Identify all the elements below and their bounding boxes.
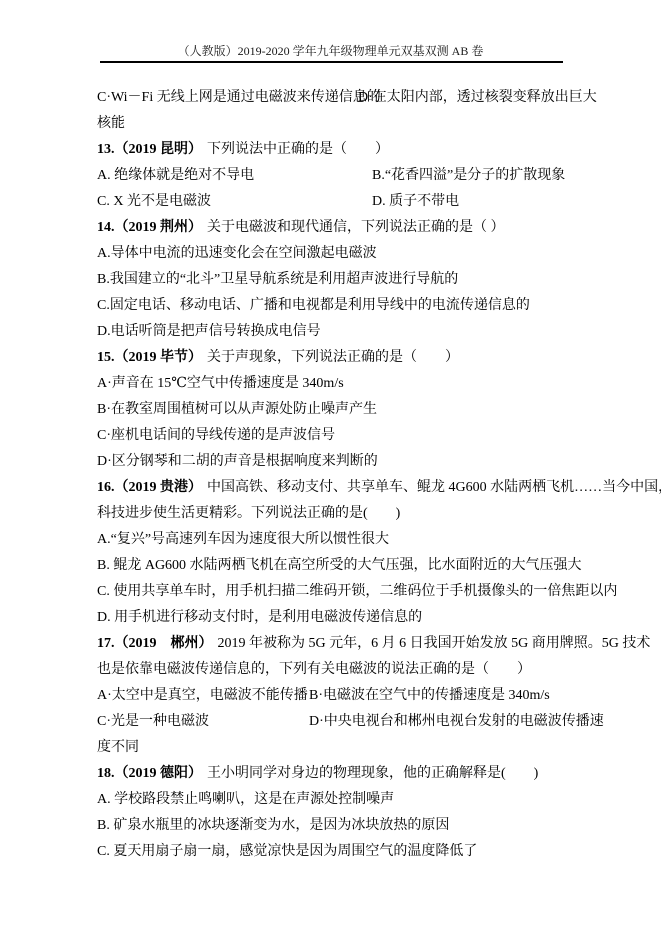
question-16-option-c-line: C. 使用共享单车时，用手机扫描二维码开锁，二维码位于手机摄像头的一倍焦距以内 bbox=[97, 579, 571, 605]
option-17-c: C·光是一种电磁波 bbox=[97, 714, 209, 729]
question-18-option-a-line: A. 学校路段禁止鸣喇叭，这是在声源处控制噪声 bbox=[97, 787, 571, 813]
carryover-option-d: D·在太阳内部，透过核裂变释放出巨大 bbox=[358, 85, 597, 111]
question-13-options-ab-line: A. 绝缘体就是绝对不导电B.“花香四溢”是分子的扩散现象 bbox=[97, 163, 571, 189]
exam-paper-page: （人教版）2019-2020 学年九年级物理单元双基双测 AB 卷 C·Wi－F… bbox=[0, 0, 661, 935]
question-15-stem-line: 15.（2019 毕节）关于声现象，下列说法正确的是（ ） bbox=[97, 345, 571, 371]
question-18-label: 18.（2019 德阳） bbox=[97, 766, 202, 781]
option-18-b: B. 矿泉水瓶里的冰块逐渐变为水，是因为冰块放热的原因 bbox=[97, 818, 449, 833]
question-17-stem-2: 也是依靠电磁波传递信息的，下列有关电磁波的说法正确的是（ ） bbox=[97, 662, 531, 677]
carryover-option-c: C·Wi－Fi 无线上网是通过电磁波来传递信息的 bbox=[97, 90, 381, 105]
question-15-option-d-line: D·区分钢琴和二胡的声音是根据响度来判断的 bbox=[97, 449, 571, 475]
exam-body: C·Wi－Fi 无线上网是通过电磁波来传递信息的D·在太阳内部，透过核裂变释放出… bbox=[97, 85, 571, 865]
option-14-b: B.我国建立的“北斗”卫星导航系统是利用超声波进行导航的 bbox=[97, 272, 458, 287]
question-13-stem: 下列说法中正确的是（ ） bbox=[207, 142, 389, 157]
question-16-stem-2: 科技进步使生活更精彩。下列说法正确的是( ) bbox=[97, 506, 400, 521]
option-17-b: B·电磁波在空气中的传播速度是 340m/s bbox=[309, 683, 550, 709]
question-16-option-b-line: B. 鲲龙 AG600 水陆两栖飞机在高空所受的大气压强，比水面附近的大气压强大 bbox=[97, 553, 571, 579]
question-16-label: 16.（2019 贵港） bbox=[97, 480, 202, 495]
question-15-option-b-line: B·在教室周围植树可以从声源处防止噪声产生 bbox=[97, 397, 571, 423]
question-14-option-a-line: A.导体中电流的迅速变化会在空间激起电磁波 bbox=[97, 241, 571, 267]
option-13-b: B.“花香四溢”是分子的扩散现象 bbox=[372, 163, 565, 189]
question-18-option-b-line: B. 矿泉水瓶里的冰块逐渐变为水，是因为冰块放热的原因 bbox=[97, 813, 571, 839]
option-13-c: C. X 光不是电磁波 bbox=[97, 194, 211, 209]
question-17-stem-1: 2019 年被称为 5G 元年，6 月 6 日我国开始发放 5G 商用牌照。5G… bbox=[218, 636, 651, 651]
carryover-option-d-cont-text: 核能 bbox=[97, 116, 125, 131]
option-14-a: A.导体中电流的迅速变化会在空间激起电磁波 bbox=[97, 246, 377, 261]
question-16-stem-line-1: 16.（2019 贵港）中国高铁、移动支付、共享单车、鲲龙 4G600 水陆两栖… bbox=[97, 475, 571, 501]
option-16-c: C. 使用共享单车时，用手机扫描二维码开锁，二维码位于手机摄像头的一倍焦距以内 bbox=[97, 584, 617, 599]
question-13-options-cd-line: C. X 光不是电磁波D. 质子不带电 bbox=[97, 189, 571, 215]
option-17-d-cont: 度不同 bbox=[97, 740, 139, 755]
question-16-stem-1: 中国高铁、移动支付、共享单车、鲲龙 4G600 水陆两栖飞机……当今中国， bbox=[207, 480, 661, 495]
question-14-option-d-line: D.电话听筒是把声信号转换成电信号 bbox=[97, 319, 571, 345]
option-15-a: A·声音在 15℃空气中传播速度是 340m/s bbox=[97, 376, 344, 391]
question-15-label: 15.（2019 毕节） bbox=[97, 350, 202, 365]
option-16-d: D. 用手机进行移动支付时，是利用电磁波传递信息的 bbox=[97, 610, 422, 625]
question-14-option-b-line: B.我国建立的“北斗”卫星导航系统是利用超声波进行导航的 bbox=[97, 267, 571, 293]
question-16-option-a-line: A.“复兴”号高速列车因为速度很大所以惯性很大 bbox=[97, 527, 571, 553]
question-16-option-d-line: D. 用手机进行移动支付时，是利用电磁波传递信息的 bbox=[97, 605, 571, 631]
option-18-c: C. 夏天用扇子扇一扇，感觉凉快是因为周围空气的温度降低了 bbox=[97, 844, 477, 859]
question-13-stem-line: 13.（2019 昆明）下列说法中正确的是（ ） bbox=[97, 137, 571, 163]
carryover-option-d-continuation: 核能 bbox=[97, 111, 571, 137]
option-15-b: B·在教室周围植树可以从声源处防止噪声产生 bbox=[97, 402, 377, 417]
option-15-c: C·座机电话间的导线传递的是声波信号 bbox=[97, 428, 335, 443]
option-16-a: A.“复兴”号高速列车因为速度很大所以惯性很大 bbox=[97, 532, 389, 547]
option-14-c: C.固定电话、移动电话、广播和电视都是利用导线中的电流传递信息的 bbox=[97, 298, 530, 313]
option-17-a: A·太空中是真空，电磁波不能传播 bbox=[97, 688, 308, 703]
question-15-option-a-line: A·声音在 15℃空气中传播速度是 340m/s bbox=[97, 371, 571, 397]
option-14-d: D.电话听筒是把声信号转换成电信号 bbox=[97, 324, 321, 339]
header-divider-rule bbox=[100, 61, 563, 63]
page-header-title: （人教版）2019-2020 学年九年级物理单元双基双测 AB 卷 bbox=[0, 44, 661, 58]
option-17-d: D·中央电视台和郴州电视台发射的电磁波传播速 bbox=[309, 709, 604, 735]
question-14-stem-line: 14.（2019 荆州）关于电磁波和现代通信，下列说法正确的是（ ） bbox=[97, 215, 571, 241]
question-17-stem-line-2: 也是依靠电磁波传递信息的，下列有关电磁波的说法正确的是（ ） bbox=[97, 657, 571, 683]
question-14-stem: 关于电磁波和现代通信，下列说法正确的是（ ） bbox=[207, 220, 505, 235]
question-14-option-c-line: C.固定电话、移动电话、广播和电视都是利用导线中的电流传递信息的 bbox=[97, 293, 571, 319]
carryover-options-cd-line: C·Wi－Fi 无线上网是通过电磁波来传递信息的D·在太阳内部，透过核裂变释放出… bbox=[97, 85, 571, 111]
question-15-stem: 关于声现象，下列说法正确的是（ ） bbox=[207, 350, 459, 365]
question-14-label: 14.（2019 荆州） bbox=[97, 220, 202, 235]
question-13-label: 13.（2019 昆明） bbox=[97, 142, 202, 157]
option-15-d: D·区分钢琴和二胡的声音是根据响度来判断的 bbox=[97, 454, 378, 469]
option-18-a: A. 学校路段禁止鸣喇叭，这是在声源处控制噪声 bbox=[97, 792, 394, 807]
question-17-stem-line-1: 17.（2019 郴州）2019 年被称为 5G 元年，6 月 6 日我国开始发… bbox=[97, 631, 571, 657]
question-18-option-c-line: C. 夏天用扇子扇一扇，感觉凉快是因为周围空气的温度降低了 bbox=[97, 839, 571, 865]
option-13-a: A. 绝缘体就是绝对不导电 bbox=[97, 168, 254, 183]
question-18-stem: 王小明同学对身边的物理现象，他的正确解释是( ) bbox=[207, 766, 538, 781]
question-17-options-ab-line: A·太空中是真空，电磁波不能传播B·电磁波在空气中的传播速度是 340m/s bbox=[97, 683, 571, 709]
option-16-b: B. 鲲龙 AG600 水陆两栖飞机在高空所受的大气压强，比水面附近的大气压强大 bbox=[97, 558, 582, 573]
question-15-option-c-line: C·座机电话间的导线传递的是声波信号 bbox=[97, 423, 571, 449]
question-17-label: 17.（2019 郴州） bbox=[97, 636, 213, 651]
question-16-stem-line-2: 科技进步使生活更精彩。下列说法正确的是( ) bbox=[97, 501, 571, 527]
option-13-d: D. 质子不带电 bbox=[372, 189, 459, 215]
question-17-option-d-continuation: 度不同 bbox=[97, 735, 571, 761]
question-18-stem-line: 18.（2019 德阳）王小明同学对身边的物理现象，他的正确解释是( ) bbox=[97, 761, 571, 787]
question-17-options-cd-line: C·光是一种电磁波D·中央电视台和郴州电视台发射的电磁波传播速 bbox=[97, 709, 571, 735]
